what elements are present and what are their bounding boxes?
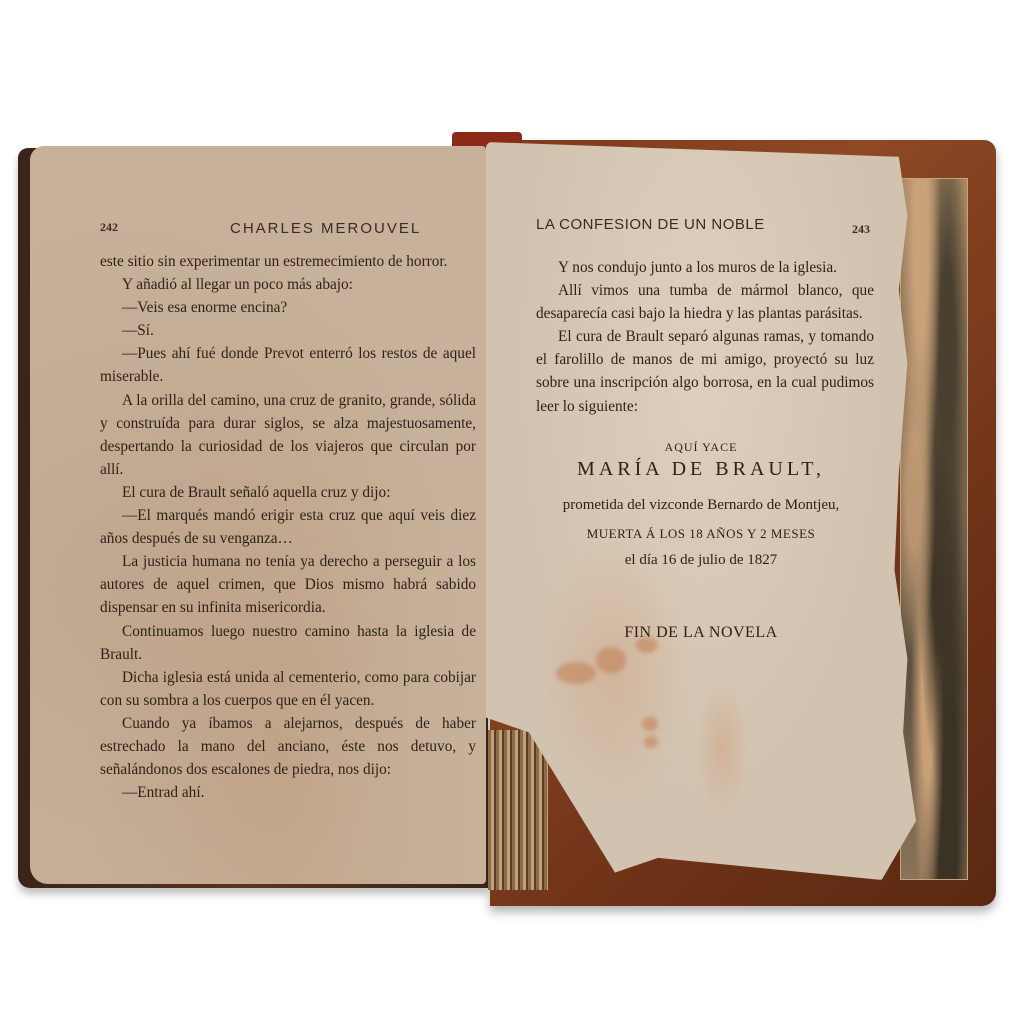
- paragraph: —Entrad ahí.: [100, 781, 476, 804]
- body-text: este sitio sin experimentar un estremeci…: [100, 250, 476, 804]
- paragraph: —El marqués mandó erigir esta cruz que a…: [100, 504, 476, 550]
- paragraph: Y añadió al llegar un poco más abajo:: [100, 273, 476, 296]
- paragraph: —Pues ahí fué donde Prevot enterró los r…: [100, 342, 476, 388]
- paragraph: Continuamos luego nuestro camino hasta l…: [100, 620, 476, 666]
- paragraph: El cura de Brault separó algunas ramas, …: [536, 325, 874, 417]
- epitaph-date: el día 16 de julio de 1827: [486, 552, 916, 569]
- paragraph: este sitio sin experimentar un estremeci…: [100, 250, 476, 273]
- body-text: Y nos condujo junto a los muros de la ig…: [536, 256, 874, 418]
- epitaph-name: MARÍA DE BRAULT,: [486, 458, 916, 481]
- paragraph: El cura de Brault señaló aquella cruz y …: [100, 481, 476, 504]
- closing-line: FIN DE LA NOVELA: [486, 624, 916, 642]
- epitaph-heading: AQUÍ YACE: [486, 440, 916, 455]
- stain: [636, 637, 658, 653]
- paragraph: A la orilla del camino, una cruz de gran…: [100, 389, 476, 481]
- epitaph-line: MUERTA Á LOS 18 AÑOS Y 2 MESES: [486, 526, 916, 542]
- left-page: 242 CHARLES MEROUVEL este sitio sin expe…: [30, 146, 486, 884]
- stain: [642, 717, 658, 731]
- running-head: LA CONFESION DE UN NOBLE: [536, 216, 765, 233]
- marbled-endpaper: [900, 178, 968, 880]
- stain: [596, 647, 626, 673]
- paragraph: Allí vimos una tumba de mármol blanco, q…: [536, 279, 874, 325]
- open-book: 242 CHARLES MEROUVEL este sitio sin expe…: [0, 0, 1024, 1024]
- paragraph: La justicia humana no tenía ya derecho a…: [100, 550, 476, 619]
- page-number: 242: [100, 220, 118, 235]
- paragraph: Dicha iglesia está unida al cementerio, …: [100, 666, 476, 712]
- paragraph: Cuando ya íbamos a alejarnos, después de…: [100, 712, 476, 781]
- page-number: 243: [852, 222, 870, 237]
- stain: [556, 662, 596, 684]
- stain: [644, 736, 658, 748]
- paragraph: —Veis esa enorme encina?: [100, 296, 476, 319]
- epitaph-line: prometida del vizconde Bernardo de Montj…: [486, 497, 916, 514]
- paragraph: Y nos condujo junto a los muros de la ig…: [536, 256, 874, 279]
- page-stack-edge: [488, 730, 548, 890]
- paragraph: —Sí.: [100, 319, 476, 342]
- running-head: CHARLES MEROUVEL: [230, 220, 421, 237]
